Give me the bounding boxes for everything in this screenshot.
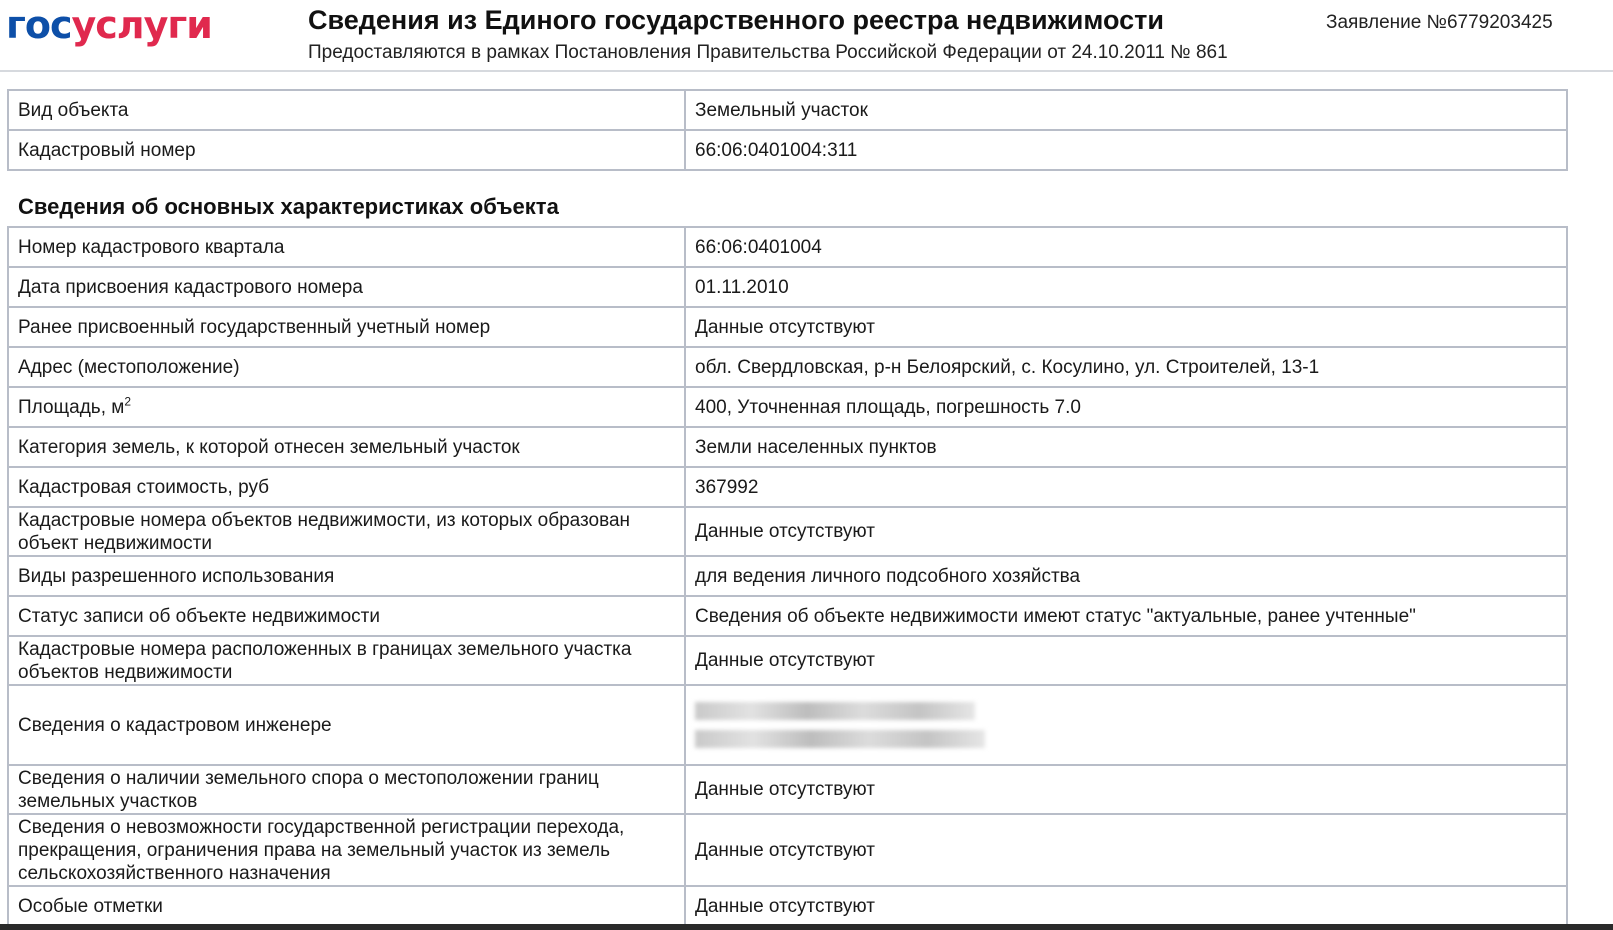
row-value: 01.11.2010 [685, 267, 1567, 307]
application-number: Заявление №6779203425 [1326, 10, 1553, 36]
table-row: Виды разрешенного использования для веде… [8, 556, 1567, 596]
gosuslugi-logo[interactable]: госуслуги [6, 2, 212, 48]
page-title: Сведения из Единого государственного рее… [308, 2, 1164, 38]
table-row: Адрес (местоположение) обл. Свердловская… [8, 347, 1567, 387]
table-row: Кадастровые номера расположенных в грани… [8, 636, 1567, 685]
logo-part-uslugi: услуги [72, 3, 212, 47]
row-label: Виды разрешенного использования [8, 556, 685, 596]
row-label: Адрес (местоположение) [8, 347, 685, 387]
section-title: Сведения об основных характеристиках объ… [18, 192, 559, 222]
row-value: Земли населенных пунктов [685, 427, 1567, 467]
table-row: Сведения о невозможности государственной… [8, 814, 1567, 886]
table-row: Категория земель, к которой отнесен земе… [8, 427, 1567, 467]
row-value: Данные отсутствуют [685, 307, 1567, 347]
row-value: 66:06:0401004:311 [685, 130, 1567, 170]
cadastral-engineer-value-blurred [685, 685, 1567, 765]
area-unit-superscript: 2 [124, 394, 131, 408]
row-label: Кадастровые номера объектов недвижимости… [8, 507, 685, 556]
row-value: для ведения личного подсобного хозяйства [685, 556, 1567, 596]
table-row: Площадь, м2 400, Уточненная площадь, пог… [8, 387, 1567, 427]
row-label: Сведения о невозможности государственной… [8, 814, 685, 886]
characteristics-table: Номер кадастрового квартала 66:06:040100… [7, 226, 1568, 927]
row-label: Номер кадастрового квартала [8, 227, 685, 267]
row-value: Данные отсутствуют [685, 636, 1567, 685]
row-value: Данные отсутствуют [685, 814, 1567, 886]
row-value: Данные отсутствуют [685, 886, 1567, 926]
page-header: госуслуги Сведения из Единого государств… [0, 0, 1613, 72]
area-label-text: Площадь, м [18, 397, 124, 418]
row-value: 367992 [685, 467, 1567, 507]
table-row: Ранее присвоенный государственный учетны… [8, 307, 1567, 347]
row-value: 66:06:0401004 [685, 227, 1567, 267]
row-value: Сведения об объекте недвижимости имеют с… [685, 596, 1567, 636]
table-row: Вид объекта Земельный участок [8, 90, 1567, 130]
row-label: Площадь, м2 [8, 387, 685, 427]
row-value: Данные отсутствуют [685, 765, 1567, 814]
row-label: Особые отметки [8, 886, 685, 926]
row-label: Сведения о кадастровом инженере [8, 685, 685, 765]
row-label: Кадастровая стоимость, руб [8, 467, 685, 507]
row-label: Статус записи об объекте недвижимости [8, 596, 685, 636]
table-row: Дата присвоения кадастрового номера 01.1… [8, 267, 1567, 307]
row-value: 400, Уточненная площадь, погрешность 7.0 [685, 387, 1567, 427]
table-row: Особые отметки Данные отсутствуют [8, 886, 1567, 926]
row-label: Ранее присвоенный государственный учетны… [8, 307, 685, 347]
table-row: Номер кадастрового квартала 66:06:040100… [8, 227, 1567, 267]
table-row: Сведения о наличии земельного спора о ме… [8, 765, 1567, 814]
row-value: Земельный участок [685, 90, 1567, 130]
row-label: Сведения о наличии земельного спора о ме… [8, 765, 685, 814]
table-row: Кадастровый номер 66:06:0401004:311 [8, 130, 1567, 170]
page-subtitle: Предоставляются в рамках Постановления П… [308, 40, 1228, 66]
object-table: Вид объекта Земельный участок Кадастровы… [7, 89, 1568, 171]
row-label: Дата присвоения кадастрового номера [8, 267, 685, 307]
row-value: обл. Свердловская, р-н Белоярский, с. Ко… [685, 347, 1567, 387]
table-row: Сведения о кадастровом инженере [8, 685, 1567, 765]
table-row: Кадастровые номера объектов недвижимости… [8, 507, 1567, 556]
logo-part-gos: гос [6, 3, 72, 47]
blurred-text [695, 730, 985, 748]
table-row: Кадастровая стоимость, руб 367992 [8, 467, 1567, 507]
row-value: Данные отсутствуют [685, 507, 1567, 556]
bottom-edge-bar [0, 924, 1613, 930]
blurred-text [695, 702, 975, 720]
table-row: Статус записи об объекте недвижимости Св… [8, 596, 1567, 636]
row-label: Кадастровый номер [8, 130, 685, 170]
row-label: Категория земель, к которой отнесен земе… [8, 427, 685, 467]
row-label: Вид объекта [8, 90, 685, 130]
row-label: Кадастровые номера расположенных в грани… [8, 636, 685, 685]
